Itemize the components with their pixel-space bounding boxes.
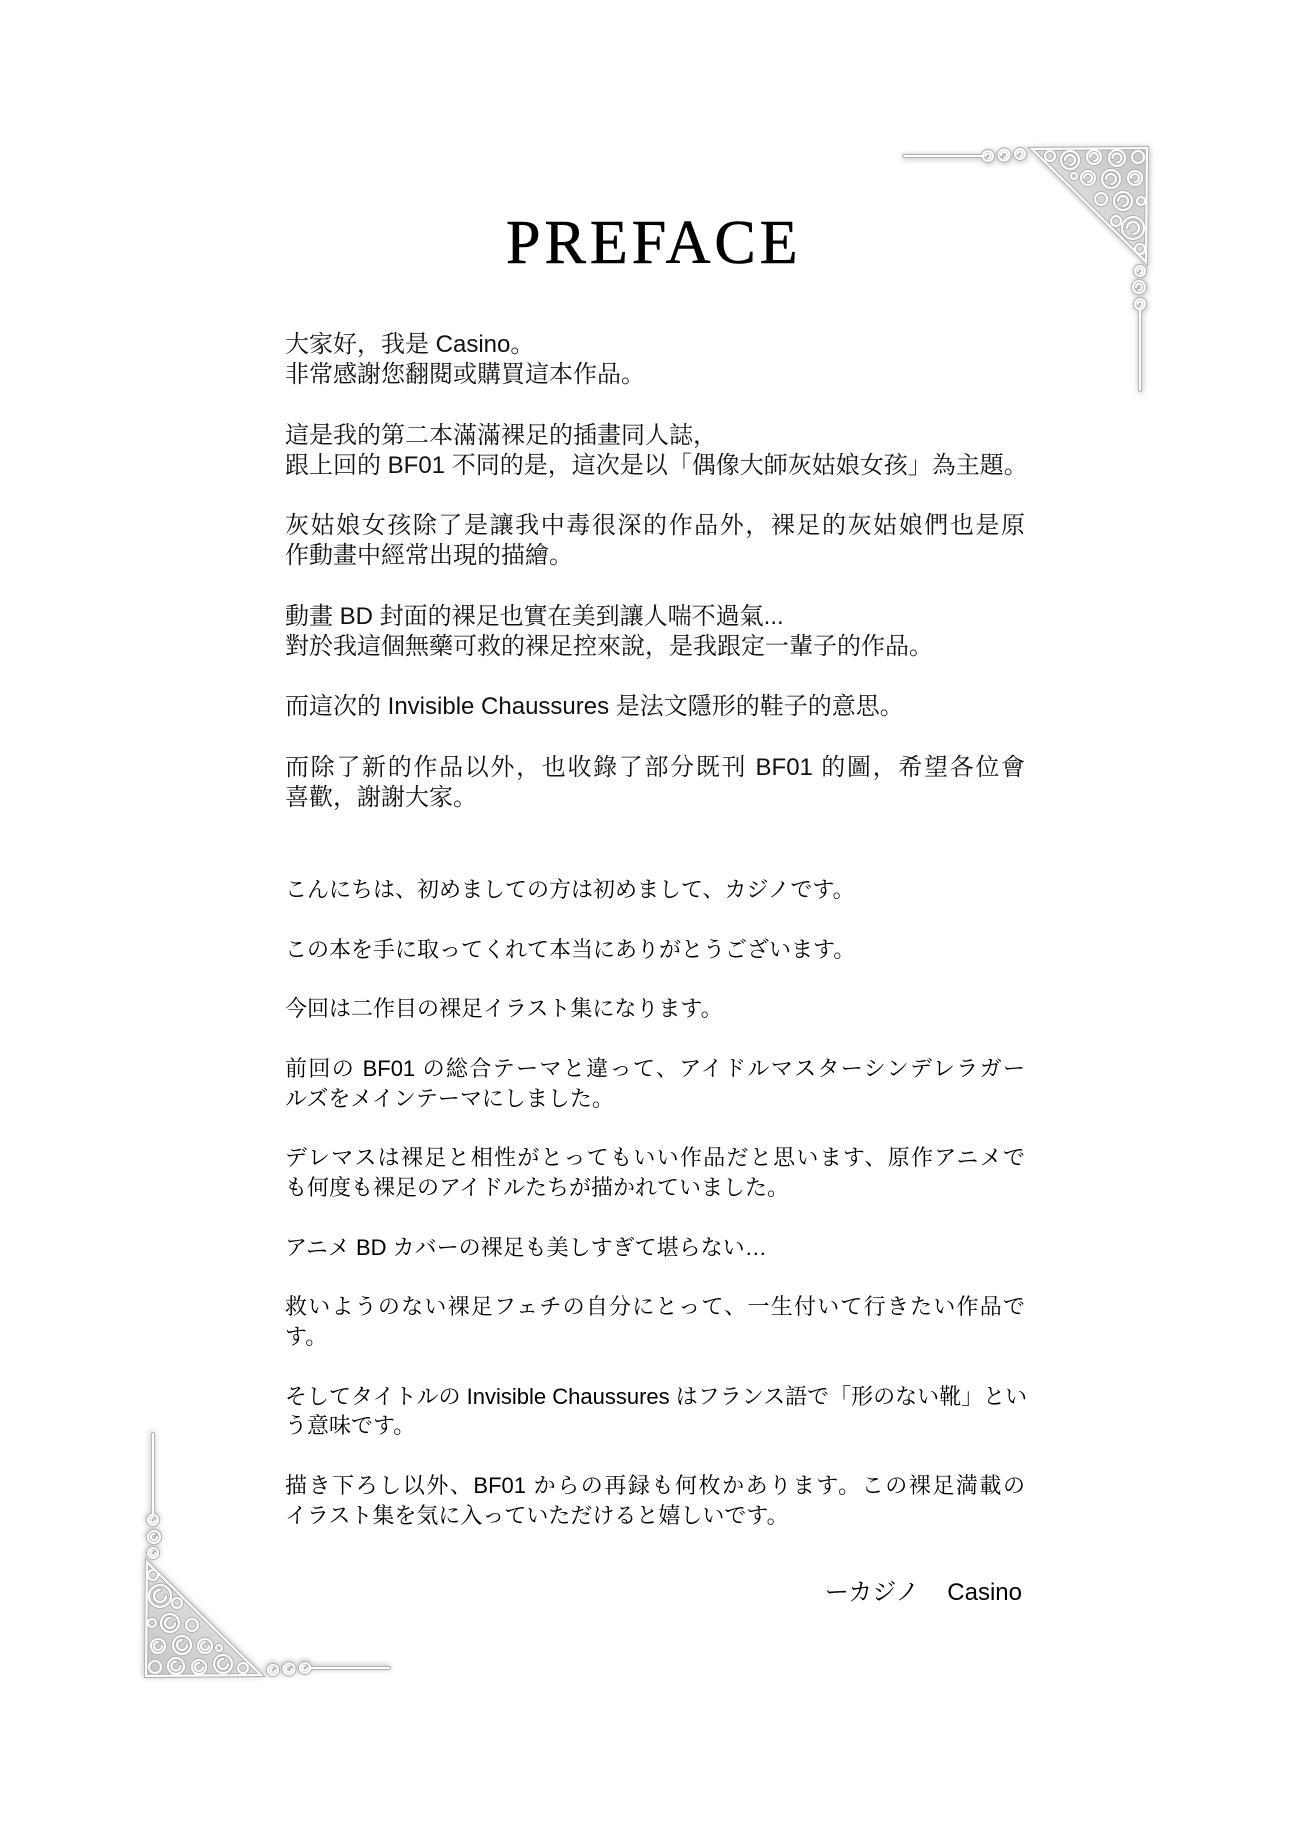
zh-line: 動畫 BD 封面的裸足也實在美到讓人喘不過氣...	[285, 602, 1025, 632]
zh-line: 作動畫中經常出現的描繪。	[285, 541, 1025, 571]
zh-line: 對於我這個無藥可救的裸足控來說，是我跟定一輩子的作品。	[285, 632, 1025, 662]
ja-line: そしてタイトルの Invisible Chaussures はフランス語で「形の…	[285, 1382, 1025, 1412]
ja-paragraph: 救いようのない裸足フェチの自分にとって、一生付いて行きたい作品で す。	[285, 1292, 1025, 1352]
zh-paragraph: 灰姑娘女孩除了是讓我中毒很深的作品外，裸足的灰姑娘們也是原 作動畫中經常出現的描…	[285, 511, 1025, 571]
ja-line: も何度も裸足のアイドルたちが描かれていました。	[285, 1173, 1025, 1203]
zh-paragraph: 而除了新的作品以外，也收錄了部分既刊 BF01 的圖，希望各位會 喜歡，謝謝大家…	[285, 753, 1025, 813]
ja-line: この本を手に取ってくれて本当にありがとうございます。	[285, 935, 1025, 965]
ja-line: こんにちは、初めましての方は初めまして、カジノです。	[285, 875, 1025, 905]
ja-line: 今回は二作目の裸足イラスト集になります。	[285, 994, 1025, 1024]
ja-line: 描き下ろし以外、BF01 からの再録も何枚かあります。この裸足満載の	[285, 1471, 1025, 1501]
zh-paragraph: 動畫 BD 封面的裸足也實在美到讓人喘不過氣... 對於我這個無藥可救的裸足控來…	[285, 602, 1025, 662]
zh-paragraph: 大家好，我是 Casino。 非常感謝您翻閱或購買這本作品。	[285, 330, 1025, 390]
preface-japanese: こんにちは、初めましての方は初めまして、カジノです。 この本を手に取ってくれて本…	[285, 875, 1025, 1531]
ja-paragraph: 前回の BF01 の総合テーマと違って、アイドルマスターシンデレラガー ルズをメ…	[285, 1054, 1025, 1114]
zh-line: 而這次的 Invisible Chaussures 是法文隱形的鞋子的意思。	[285, 692, 1025, 722]
ja-paragraph: そしてタイトルの Invisible Chaussures はフランス語で「形の…	[285, 1382, 1025, 1442]
ja-line: す。	[285, 1322, 1025, 1352]
zh-line: 這是我的第二本滿滿裸足的插畫同人誌，	[285, 421, 1025, 451]
zh-line: 大家好，我是 Casino。	[285, 330, 1025, 360]
zh-line: 喜歡，謝謝大家。	[285, 783, 1025, 813]
ja-line: アニメ BD カバーの裸足も美しすぎて堪らない…	[285, 1233, 1025, 1263]
ja-paragraph: 描き下ろし以外、BF01 からの再録も何枚かあります。この裸足満載の イラスト集…	[285, 1471, 1025, 1531]
ja-paragraph: この本を手に取ってくれて本当にありがとうございます。	[285, 935, 1025, 965]
page-title: PREFACE	[506, 212, 802, 274]
ja-line: ルズをメインテーマにしました。	[285, 1084, 1025, 1114]
ja-line: 救いようのない裸足フェチの自分にとって、一生付いて行きたい作品で	[285, 1292, 1025, 1322]
zh-paragraph: 這是我的第二本滿滿裸足的插畫同人誌， 跟上回的 BF01 不同的是，這次是以「偶…	[285, 421, 1025, 481]
zh-line: 而除了新的作品以外，也收錄了部分既刊 BF01 的圖，希望各位會	[285, 753, 1025, 783]
ja-line: デレマスは裸足と相性がとってもいい作品だと思います、原作アニメで	[285, 1143, 1025, 1173]
ja-line: う意味です。	[285, 1411, 1025, 1441]
signature-name-ja: ーカジノ	[825, 1579, 920, 1606]
ja-line: イラスト集を気に入っていただけると嬉しいです。	[285, 1501, 1025, 1531]
preface-chinese: 大家好，我是 Casino。 非常感謝您翻閱或購買這本作品。 這是我的第二本滿滿…	[285, 330, 1025, 813]
ja-line: 前回の BF01 の総合テーマと違って、アイドルマスターシンデレラガー	[285, 1054, 1025, 1084]
ja-paragraph: 今回は二作目の裸足イラスト集になります。	[285, 994, 1025, 1024]
signature-name-en: Casino	[947, 1579, 1022, 1606]
corner-ornament-bottom-left-icon	[144, 1434, 389, 1679]
ja-paragraph: アニメ BD カバーの裸足も美しすぎて堪らない…	[285, 1233, 1025, 1263]
zh-paragraph: 而這次的 Invisible Chaussures 是法文隱形的鞋子的意思。	[285, 692, 1025, 722]
ja-paragraph: デレマスは裸足と相性がとってもいい作品だと思います、原作アニメで も何度も裸足の…	[285, 1143, 1025, 1203]
zh-line: 非常感謝您翻閱或購買這本作品。	[285, 360, 1025, 390]
author-signature: ーカジノCasino	[825, 1578, 1022, 1608]
ja-paragraph: こんにちは、初めましての方は初めまして、カジノです。	[285, 875, 1025, 905]
zh-line: 灰姑娘女孩除了是讓我中毒很深的作品外，裸足的灰姑娘們也是原	[285, 511, 1025, 541]
zh-line: 跟上回的 BF01 不同的是，這次是以「偶像大師灰姑娘女孩」為主題。	[285, 451, 1025, 481]
